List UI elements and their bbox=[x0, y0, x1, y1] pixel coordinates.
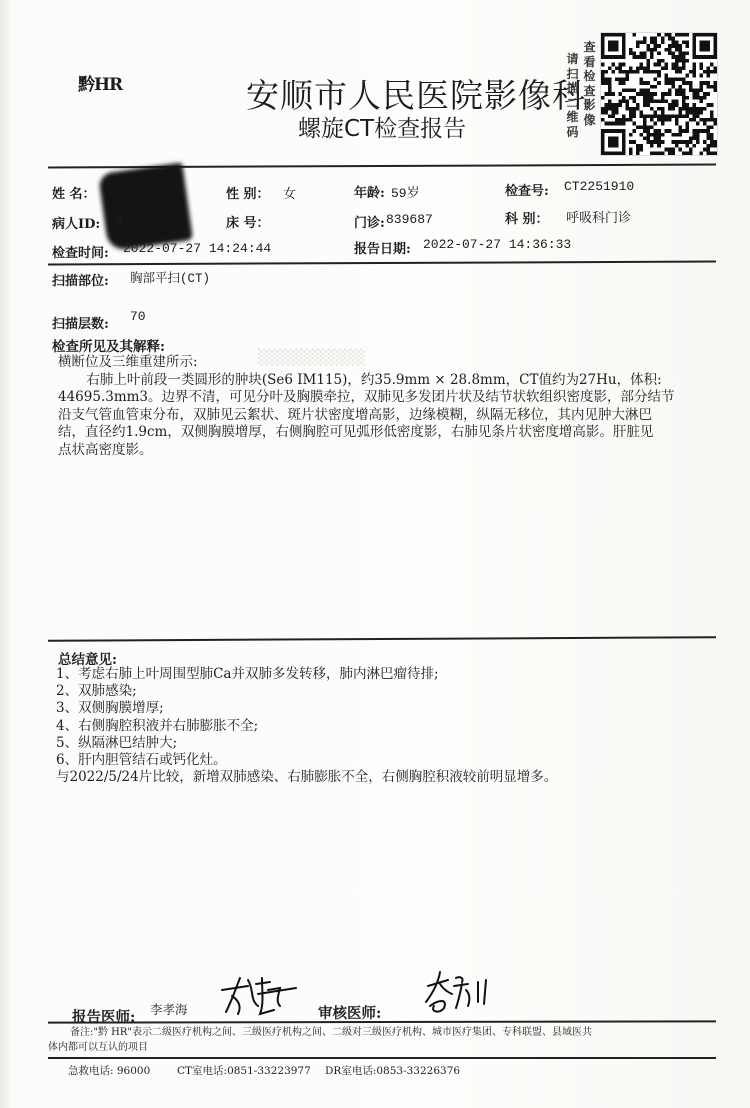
scan-part-label: 扫描部位: bbox=[52, 270, 109, 289]
summary-divider bbox=[48, 636, 716, 641]
scan-layers-label: 扫描层数: bbox=[52, 313, 109, 332]
age-value: 59岁 bbox=[391, 182, 420, 201]
outpatient-label: 门诊: bbox=[354, 212, 385, 231]
signature-divider bbox=[48, 1020, 716, 1023]
exam-no-value: CT2251910 bbox=[564, 179, 634, 194]
note-divider bbox=[48, 1057, 716, 1059]
ct-room-phone: CT室电话:0851-33223977 bbox=[177, 1063, 311, 1078]
ct-report-page: 黔HR 安顺市人民医院影像科 螺旋CT检查报告 请扫描二维码 查看检查影像 姓 … bbox=[0, 0, 750, 1108]
note-line-2: 体内都可以互认的项目 bbox=[48, 1040, 710, 1055]
summary-list: 1、考虑右肺上叶周围型肺Ca并双肺多发转移，肺内淋巴瘤待排; 2、双肺感染; 3… bbox=[56, 666, 716, 786]
bed-label: 床 号： bbox=[226, 212, 270, 231]
report-date-value: 2022-07-27 14:36:33 bbox=[423, 237, 571, 252]
reporter-signature-icon bbox=[218, 970, 298, 1020]
reviewer-signature-icon bbox=[422, 966, 502, 1016]
summary-item: 2、双肺感染; bbox=[56, 683, 716, 700]
dept-label: 科 别： bbox=[505, 208, 549, 227]
summary-item: 6、肝内胆管结石或钙化灶。 bbox=[56, 752, 716, 769]
summary-comparison: 与2022/5/24片比较，新增双肺感染、右肺膨胀不全，右侧胸腔积液较前明显增多… bbox=[56, 769, 716, 786]
qr-caption-left: 请扫描二维码 bbox=[566, 52, 579, 139]
dr-room-phone: DR室电话:0853-33226376 bbox=[325, 1063, 460, 1078]
findings-title: 检查所见及其解释: bbox=[52, 335, 165, 355]
reviewer-label: 审核医师: bbox=[318, 1002, 381, 1023]
findings-line: 点状高密度影。 bbox=[58, 442, 718, 460]
reporter-name: 李孝海 bbox=[150, 1000, 188, 1018]
summary-item: 4、右侧胸腔积液并右肺膨胀不全; bbox=[56, 718, 716, 735]
mutual-recognition-logo: 黔HR bbox=[78, 70, 122, 95]
patient-id-label: 病人ID: bbox=[52, 213, 100, 232]
findings-line: 44695.3mm3。边界不清，可见分叶及胸膜牵拉，双肺见多发团片状及结节状软组… bbox=[58, 389, 718, 407]
exam-time-value: 2022-07-27 14:24:44 bbox=[123, 241, 271, 256]
findings-text: 横断位及三维重建所示: 右肺上叶前段一类圆形的肿块(Se6 IM115)，约35… bbox=[58, 354, 718, 459]
report-title: 螺旋CT检查报告 bbox=[298, 110, 466, 143]
sex-value: 女 bbox=[283, 183, 296, 202]
findings-line: 沿支气管血管束分布，双肺见云絮状、斑片状密度增高影，边缘模糊，纵隔无移位，其内见… bbox=[58, 407, 718, 425]
patient-info-divider bbox=[48, 261, 716, 266]
scan-part-value: 胸部平扫(CT) bbox=[130, 268, 210, 286]
patient-id-value: S bbox=[115, 213, 123, 228]
findings-intro: 横断位及三维重建所示: bbox=[58, 354, 718, 372]
summary-item: 1、考虑右肺上叶周围型肺Ca并双肺多发转移，肺内淋巴瘤待排; bbox=[56, 666, 716, 683]
findings-line: 右肺上叶前段一类圆形的肿块(Se6 IM115)，约35.9mm × 28.8m… bbox=[58, 372, 718, 390]
sex-label: 性 别： bbox=[226, 183, 270, 202]
summary-item: 3、双侧胸膜增厚; bbox=[56, 700, 716, 717]
note: 备注:"黔 HR"表示二级医疗机构之间、三级医疗机构之间、二级对三级医疗机构、城… bbox=[70, 1025, 710, 1055]
exam-time-label: 检查时间: bbox=[52, 242, 109, 261]
qr-caption-right: 查看检查影像 bbox=[583, 40, 596, 127]
name-label: 姓 名： bbox=[52, 183, 96, 202]
scan-layers-value: 70 bbox=[130, 309, 146, 324]
outpatient-value: 839687 bbox=[386, 212, 433, 227]
dept-value: 呼吸科门诊 bbox=[566, 207, 631, 226]
summary-item: 5、纵隔淋巴结肿大; bbox=[56, 735, 716, 752]
qr-code-icon[interactable] bbox=[600, 32, 718, 156]
age-label: 年龄: bbox=[354, 182, 385, 201]
redaction-mark bbox=[98, 162, 193, 251]
emergency-phone: 急救电话: 96000 bbox=[68, 1063, 150, 1078]
note-line-1: 备注:"黔 HR"表示二级医疗机构之间、三级医疗机构之间、二级对三级医疗机构、城… bbox=[70, 1025, 710, 1040]
exam-no-label: 检查号: bbox=[505, 180, 549, 199]
reporter-label: 报告医师: bbox=[72, 1006, 135, 1027]
report-date-label: 报告日期: bbox=[354, 238, 411, 257]
findings-line: 结，直径约1.9cm，双侧胸膜增厚，右侧胸腔可见弧形低密度影，右肺见条片状密度增… bbox=[58, 424, 718, 442]
summary-title: 总结意见: bbox=[58, 648, 117, 668]
